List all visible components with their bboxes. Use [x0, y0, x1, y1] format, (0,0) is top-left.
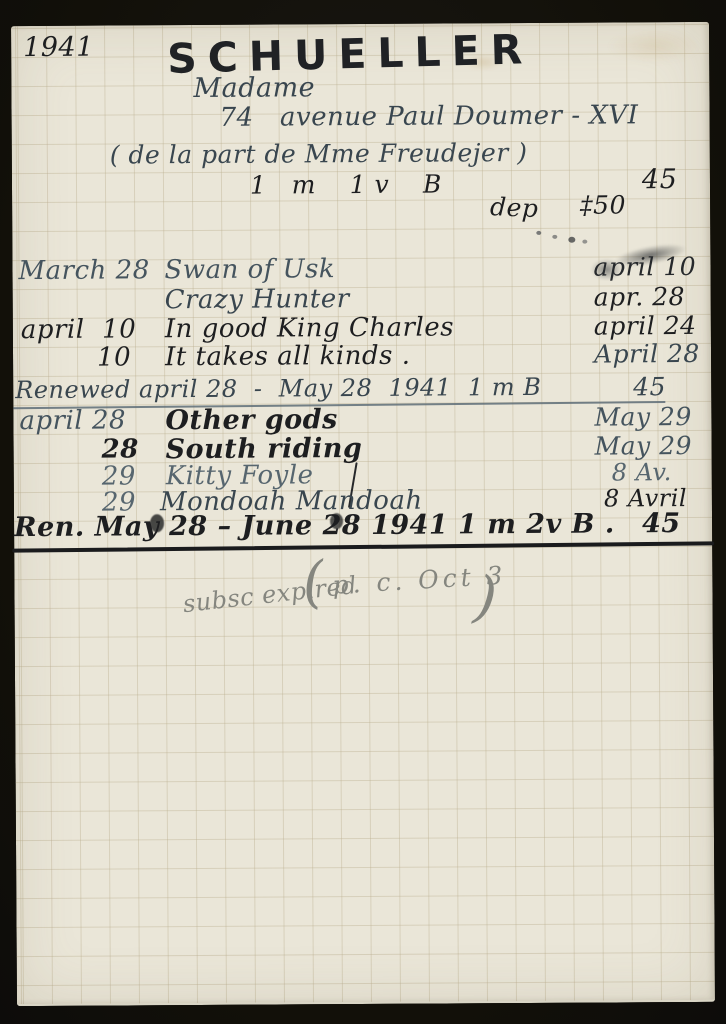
- date-in: May 29: [595, 433, 693, 460]
- date-out: March 28: [18, 257, 149, 285]
- book-title: It takes all kinds .: [165, 343, 411, 372]
- book-title: Other gods: [165, 406, 338, 435]
- expired-note: subsc expired: [182, 573, 359, 617]
- loan-row: 10 It takes all kinds . April 28: [13, 341, 711, 375]
- member-address: 74 avenue Paul Doumer - XVI: [219, 102, 638, 132]
- date-out: 10: [97, 344, 131, 372]
- pencil-paren-close: ): [472, 568, 500, 629]
- paper-stain: [607, 28, 703, 65]
- renewal-line: Ren. May 28 – June 28 1941 1 m 2v B . 45: [14, 510, 712, 544]
- renewal-text: Ren. May 28 – June 28 1941 1 m 2v B .: [14, 510, 615, 542]
- library-card: 1941 SCHUELLER Madame 74 avenue Paul Dou…: [11, 22, 715, 1006]
- deposit-amount: ‡50: [580, 192, 626, 219]
- date-out: april 10: [21, 316, 136, 344]
- renewal-fee: 45: [633, 374, 666, 400]
- renewal-fee: 45: [642, 510, 681, 539]
- date-in: May 29: [594, 404, 692, 431]
- book-title: In good King Charles: [165, 314, 454, 343]
- book-title: Crazy Hunter: [165, 286, 350, 314]
- deposit-label: dep: [490, 194, 539, 222]
- book-title: Swan of Usk: [164, 256, 335, 284]
- subscription-fee: 45: [642, 166, 678, 195]
- referral-note: ( de la part de Mme Freudejer ): [110, 140, 528, 169]
- subscription-terms: 1 m 1 v B: [250, 172, 442, 199]
- ink-dots: [536, 231, 541, 235]
- date-in: april 24: [594, 313, 697, 340]
- date-in: april 10: [593, 254, 696, 281]
- date-in: 8 Av.: [612, 460, 672, 486]
- card-year: 1941: [23, 34, 94, 63]
- renewal-text: Renewed april 28 - May 28 1941 1 m B: [15, 375, 541, 403]
- date-out: 28: [102, 436, 139, 464]
- date-in: apr. 28: [594, 284, 685, 311]
- date-out: april 28: [19, 407, 126, 435]
- member-salutation: Madame: [193, 74, 315, 103]
- date-in: April 28: [594, 341, 700, 368]
